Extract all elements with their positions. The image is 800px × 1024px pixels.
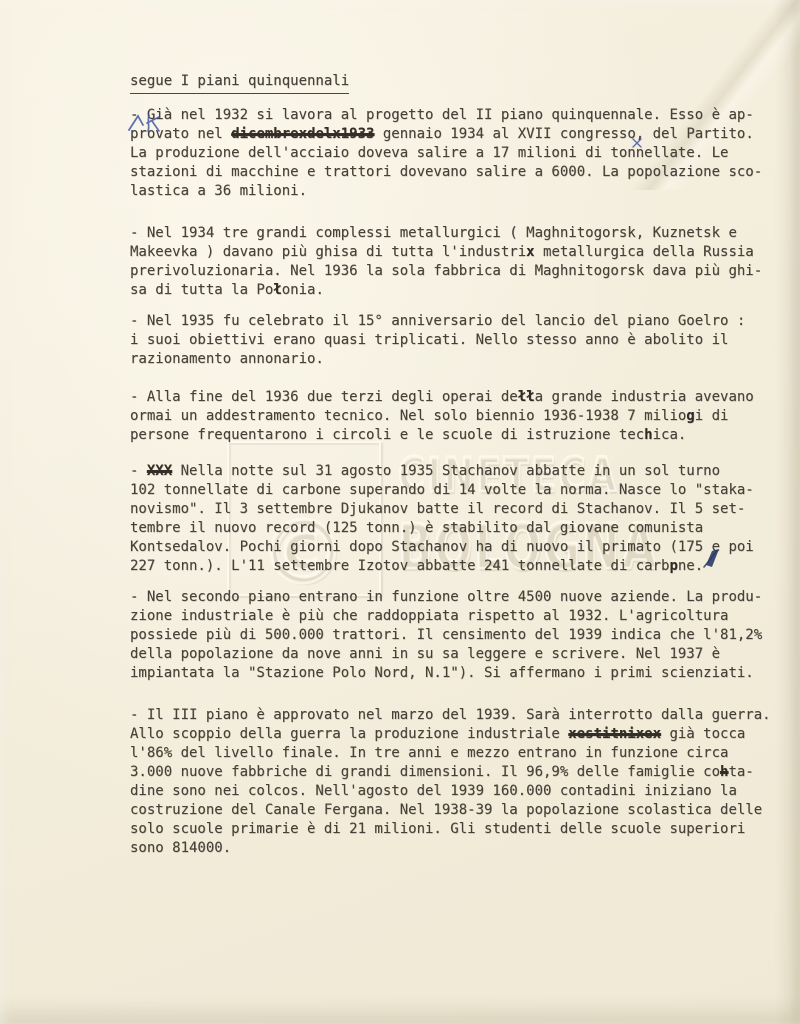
paragraph: - Nel secondo piano entrano in funzione … xyxy=(130,588,782,683)
paragraph: - Nel 1935 fu celebrato il 15° anniversa… xyxy=(130,312,782,369)
paragraph: - Già nel 1932 si lavora al progetto del… xyxy=(130,106,782,201)
paragraph: - Alla fine del 1936 due terzi degli ope… xyxy=(130,388,782,445)
paragraph: - XXX Nella notte sul 31 agosto 1935 Sta… xyxy=(130,462,782,576)
paragraph: - Nel 1934 tre grandi complessi metallur… xyxy=(130,224,782,300)
page-title: segue I piani quinquennali xyxy=(130,72,349,94)
paragraph: - Il III piano è approvato nel marzo del… xyxy=(130,706,782,858)
document-page: © CINETECA BOLOGNA segue I piani quinque… xyxy=(0,0,800,1024)
